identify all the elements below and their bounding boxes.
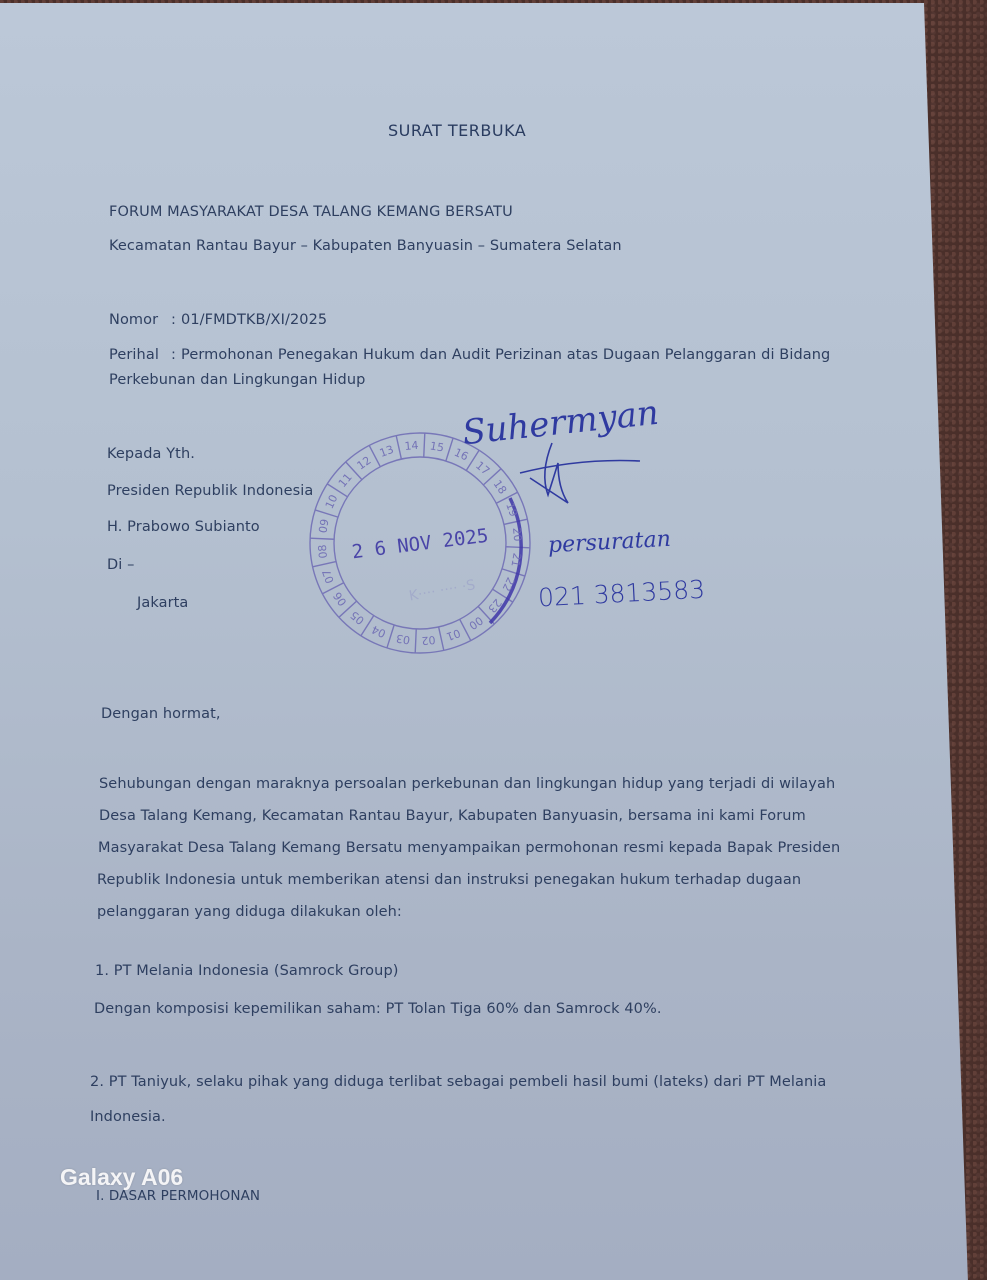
- svg-text:15: 15: [429, 439, 445, 454]
- handwritten-department: persuratan: [547, 527, 671, 558]
- svg-text:13: 13: [378, 443, 396, 460]
- body-line: pelanggaran yang diduga dilakukan oleh:: [97, 904, 402, 920]
- organization-name: FORUM MASYARAKAT DESA TALANG KEMANG BERS…: [109, 204, 513, 220]
- svg-text:06: 06: [331, 589, 350, 608]
- document-page: SURAT TERBUKA FORUM MASYARAKAT DESA TALA…: [0, 3, 987, 1280]
- nomor-colon: :: [171, 312, 181, 328]
- svg-text:10: 10: [323, 493, 341, 511]
- svg-text:14: 14: [404, 439, 419, 453]
- camera-watermark: Galaxy A06: [60, 1164, 183, 1191]
- item-1-detail: Dengan komposisi kepemilikan saham: PT T…: [94, 1001, 662, 1017]
- recipient-line-4: Di –: [107, 557, 134, 573]
- svg-text:11: 11: [336, 471, 355, 490]
- letter-title: SURAT TERBUKA: [388, 121, 526, 140]
- body-line: Desa Talang Kemang, Kecamatan Rantau Bay…: [99, 808, 806, 824]
- svg-text:17: 17: [473, 459, 492, 478]
- perihal-label: Perihal: [109, 347, 171, 363]
- svg-text:09: 09: [316, 518, 331, 534]
- body-line: Republik Indonesia untuk memberikan aten…: [97, 872, 801, 888]
- organization-address: Kecamatan Rantau Bayur – Kabupaten Banyu…: [109, 238, 622, 254]
- recipient-line-3: H. Prabowo Subianto: [107, 519, 260, 535]
- body-line: Masyarakat Desa Talang Kemang Bersatu me…: [98, 840, 840, 856]
- svg-text:2 6 NOV 2025: 2 6 NOV 2025: [351, 525, 490, 564]
- item-1-title: 1. PT Melania Indonesia (Samrock Group): [95, 963, 399, 979]
- svg-text:K···· ···· ·S: K···· ···· ·S: [408, 577, 477, 604]
- svg-text:05: 05: [348, 608, 367, 627]
- item-2-line-1: 2. PT Taniyuk, selaku pihak yang diduga …: [90, 1074, 826, 1090]
- svg-text:03: 03: [395, 631, 411, 646]
- salutation: Dengan hormat,: [101, 706, 221, 722]
- recipient-line-2: Presiden Republik Indonesia: [107, 483, 313, 499]
- svg-text:20: 20: [510, 527, 524, 542]
- body-line: Sehubungan dengan maraknya persoalan per…: [99, 776, 835, 792]
- item-2-line-2: Indonesia.: [90, 1109, 166, 1125]
- svg-text:12: 12: [355, 454, 374, 473]
- svg-text:07: 07: [320, 568, 337, 586]
- svg-text:00: 00: [466, 614, 485, 633]
- letter-subject: Perihal:Permohonan Penegakan Hukum dan A…: [109, 347, 830, 363]
- nomor-label: Nomor: [109, 312, 171, 328]
- recipient-line-1: Kepada Yth.: [107, 446, 195, 462]
- signature-scribble: [500, 433, 650, 513]
- perihal-line1: Permohonan Penegakan Hukum dan Audit Per…: [181, 347, 830, 363]
- svg-text:01: 01: [445, 626, 463, 643]
- svg-text:08: 08: [316, 544, 330, 559]
- perihal-line2: Perkebunan dan Lingkungan Hidup: [109, 372, 365, 388]
- perihal-colon: :: [171, 347, 181, 363]
- svg-text:04: 04: [370, 623, 388, 641]
- handwritten-phone: 021 3813583: [537, 575, 705, 613]
- recipient-line-5: Jakarta: [137, 595, 188, 611]
- nomor-value: 01/FMDTKB/XI/2025: [181, 312, 327, 328]
- svg-text:21: 21: [508, 552, 523, 568]
- letter-number: Nomor:01/FMDTKB/XI/2025: [109, 312, 327, 328]
- svg-text:02: 02: [421, 633, 436, 647]
- svg-text:22: 22: [500, 575, 518, 593]
